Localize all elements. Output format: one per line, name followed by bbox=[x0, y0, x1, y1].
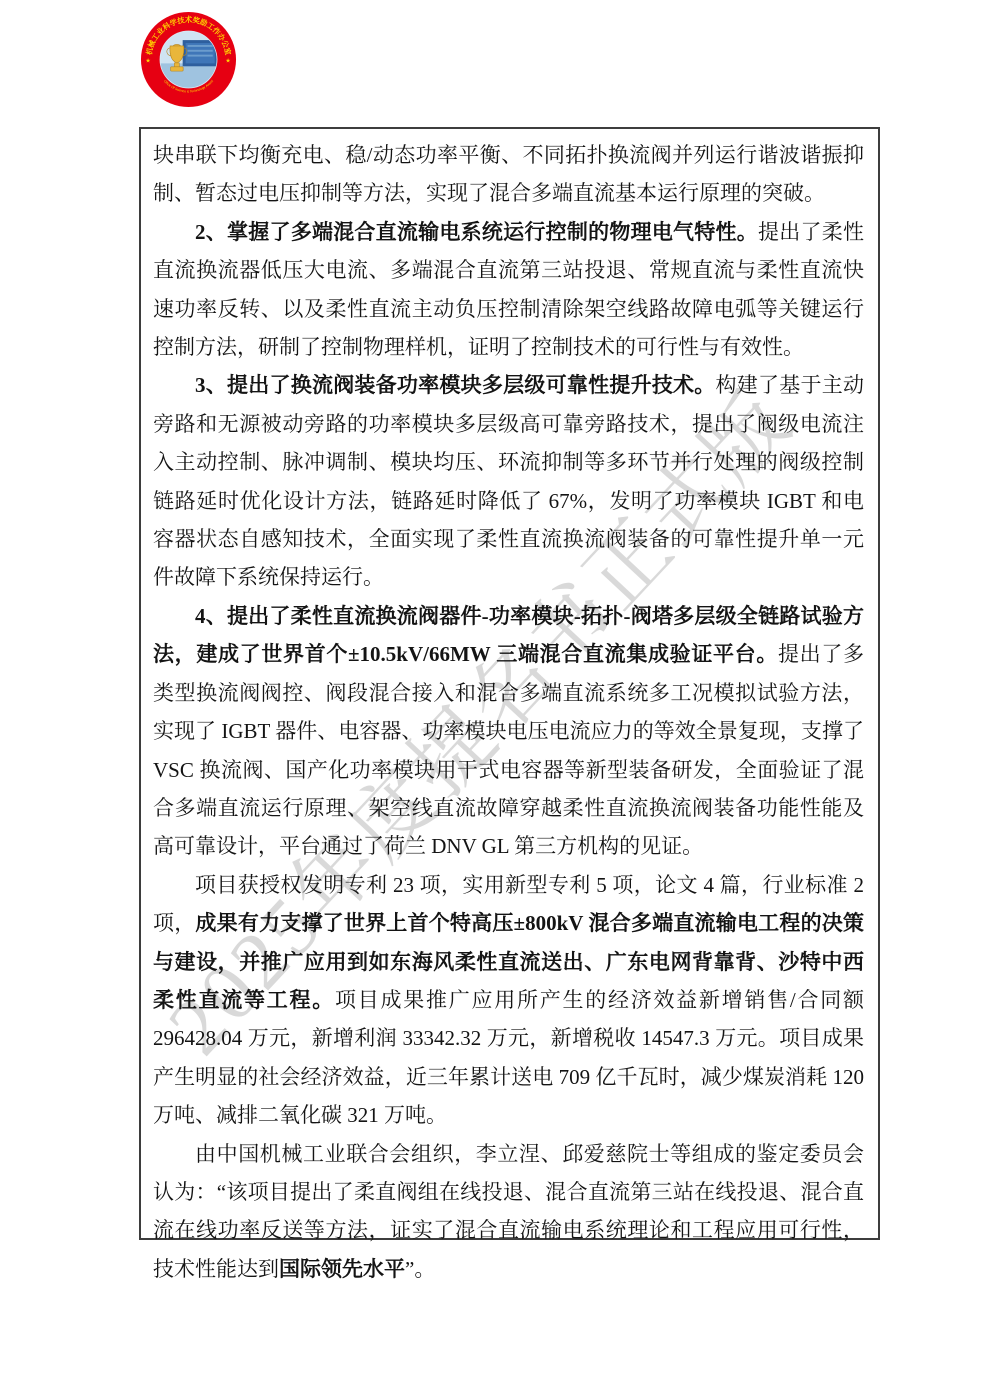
emphasis-text-run: 3、提出了换流阀装备功率模块多层级可靠性提升技术。 bbox=[195, 373, 716, 397]
seal-star-left-icon: ★ bbox=[145, 57, 150, 64]
award-seal: 机械工业科学技术奖励工作办公室 Office Of Science & Tech… bbox=[140, 11, 237, 108]
paragraph: 4、提出了柔性直流换流阀器件-功率模块-拓扑-阀塔多层级全链路试验方法，建成了世… bbox=[153, 597, 864, 866]
text-run: ”。 bbox=[405, 1257, 435, 1281]
text-run: 块串联下均衡充电、稳/动态功率平衡、不同拓扑换流阀并列运行谐波谐振抑制、暂态过电… bbox=[153, 143, 864, 205]
paragraph: 由中国机械工业联合会组织，李立涅、邱爱慈院士等组成的鉴定委员会认为：“该项目提出… bbox=[153, 1135, 864, 1289]
document-page: 机械工业科学技术奖励工作办公室 Office Of Science & Tech… bbox=[0, 0, 990, 1399]
text-run: 构建了基于主动旁路和无源被动旁路的功率模块多层级高可靠旁路技术，提出了阀级电流注… bbox=[153, 373, 864, 589]
emphasis-text-run: 2、掌握了多端混合直流输电系统运行控制的物理电气特性。 bbox=[195, 220, 758, 244]
content-box: 块串联下均衡充电、稳/动态功率平衡、不同拓扑换流阀并列运行谐波谐振抑制、暂态过电… bbox=[139, 127, 880, 1240]
paragraph: 项目获授权发明专利 23 项，实用新型专利 5 项，论文 4 篇，行业标准 2 … bbox=[153, 866, 864, 1135]
paragraph: 2、掌握了多端混合直流输电系统运行控制的物理电气特性。提出了柔性直流换流器低压大… bbox=[153, 213, 864, 367]
emphasis-text-run: 国际领先水平 bbox=[279, 1257, 405, 1281]
text-run: 提出了多类型换流阀阀控、阀段混合接入和混合多端直流系统多工况模拟试验方法，实现了… bbox=[153, 642, 864, 858]
document-body: 块串联下均衡充电、稳/动态功率平衡、不同拓扑换流阀并列运行谐波谐振抑制、暂态过电… bbox=[153, 136, 864, 1288]
paragraph: 块串联下均衡充电、稳/动态功率平衡、不同拓扑换流阀并列运行谐波谐振抑制、暂态过电… bbox=[153, 136, 864, 213]
text-run: 由中国机械工业联合会组织，李立涅、邱爱慈院士等组成的鉴定委员会认为：“该项目提出… bbox=[153, 1142, 864, 1281]
paragraph: 3、提出了换流阀装备功率模块多层级可靠性提升技术。构建了基于主动旁路和无源被动旁… bbox=[153, 366, 864, 596]
emphasis-text-run: 4、提出了柔性直流换流阀器件-功率模块-拓扑-阀塔多层级全链路试验方法，建成了世… bbox=[153, 604, 864, 666]
seal-star-right-icon: ★ bbox=[225, 57, 230, 64]
